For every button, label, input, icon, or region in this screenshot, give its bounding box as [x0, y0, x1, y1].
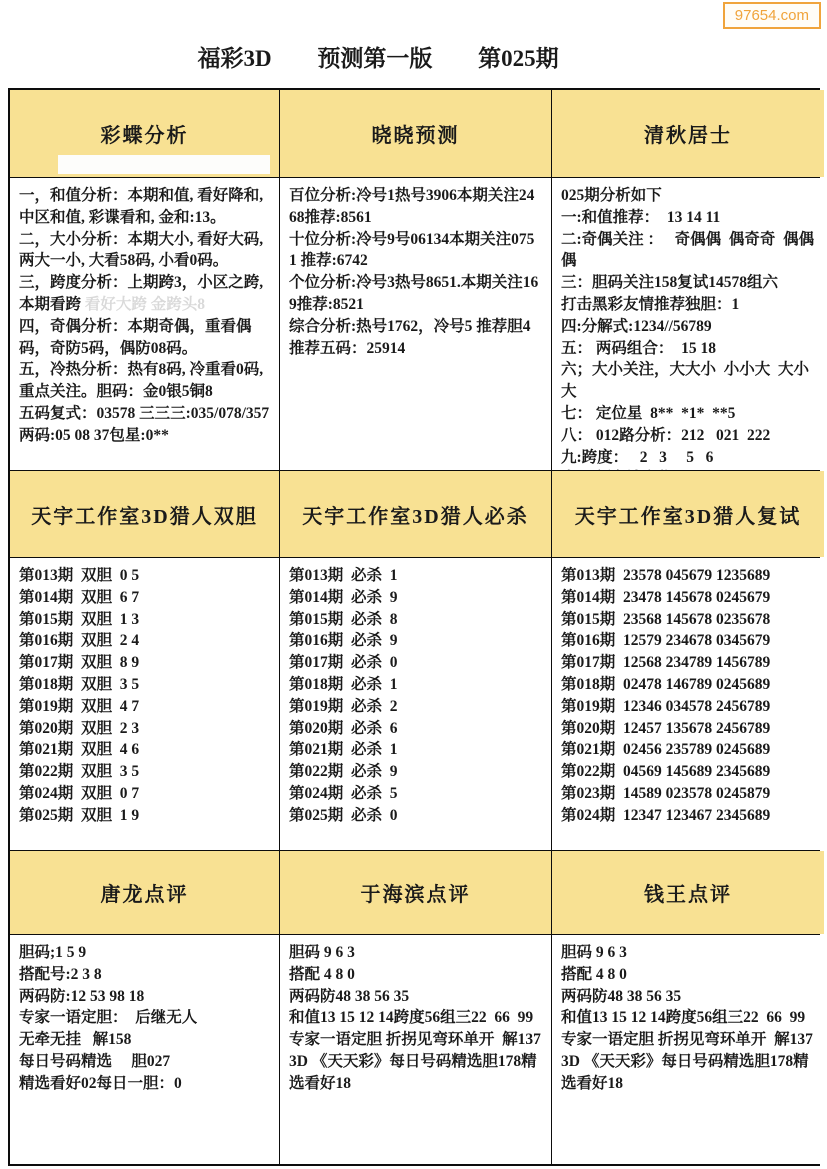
panel-header-tianyu-double-dan: 天宇工作室3D猎人双胆 [10, 471, 279, 557]
content-line: 和值13 15 12 14跨度56组三22 66 99 [289, 1007, 542, 1029]
history-row: 第019期 双胆 4 7 [19, 696, 270, 718]
content-line: 五码复式：03578 三三三:035/078/357 两码:05 08 37包星… [19, 403, 270, 447]
history-row: 第021期 双胆 4 6 [19, 739, 270, 761]
history-row: 第023期 14589 023578 0245879 [561, 783, 815, 805]
panel-header-tianyu-bisha: 天宇工作室3D猎人必杀 [280, 471, 551, 557]
history-row: 第015期 23568 145678 0235678 [561, 609, 815, 631]
panel-content-tanglong-review: 胆码;1 5 9搭配号:2 3 8两码防:12 53 98 18专家一语定胆： … [10, 935, 279, 1164]
panel-header-label: 清秋居士 [644, 119, 732, 148]
content-line: 推荐五码：25914 [289, 338, 542, 360]
content-line-faded: 看好大跨 金跨头8 [85, 296, 205, 313]
prediction-table: 彩蝶分析 晓晓预测 清秋居士 一，和值分析：本期和值, 看好降和, 中区和值, … [8, 88, 820, 1166]
content-line: 胆码 9 6 3 [289, 942, 542, 964]
history-row: 第022期 04569 145689 2345689 [561, 761, 815, 783]
content-line: 二，大小分析：本期大小, 看好大码, 两大一小, 大看58码, 小看0码。 [19, 229, 270, 273]
content-line: 胆码 9 6 3 [561, 942, 815, 964]
history-row: 第019期 12346 034578 2456789 [561, 696, 815, 718]
content-line: 搭配 4 8 0 [561, 964, 815, 986]
history-row: 第025期 双胆 1 9 [19, 805, 270, 827]
panel-header-label: 天宇工作室3D猎人复试 [575, 500, 801, 529]
content-lines: 025期分析如下一:和值推荐： 13 14 11二:奇偶关注 ： 奇偶偶 偶奇奇… [561, 185, 815, 470]
history-row: 第018期 双胆 3 5 [19, 674, 270, 696]
content-line: 3D 《天天彩》每日号码精选胆178精选看好18 [561, 1051, 815, 1095]
content-line: 四:分解式:1234//56789 [561, 316, 815, 338]
history-row: 第021期 必杀 1 [289, 739, 542, 761]
history-row: 第022期 双胆 3 5 [19, 761, 270, 783]
history-row: 第024期 双胆 0 7 [19, 783, 270, 805]
panel-header-xiaoxiao-forecast: 晓晓预测 [280, 90, 551, 177]
panel-header-label: 唐龙点评 [101, 878, 189, 907]
panel-content-yuhaibin-review: 胆码 9 6 3搭配 4 8 0两码防48 38 56 35和值13 15 12… [280, 935, 551, 1164]
content-line: 八： 012路分析：212 021 222 [561, 425, 815, 447]
history-row: 第018期 02478 146789 0245689 [561, 674, 815, 696]
title-lottery: 福彩3D [197, 46, 271, 71]
panel-header-label: 彩蝶分析 [101, 119, 189, 148]
panel-content-qingqiu-jushi: 025期分析如下一:和值推荐： 13 14 11二:奇偶关注 ： 奇偶偶 偶奇奇… [552, 178, 824, 470]
content-line: 十： 新方法定位： 04578/12357//56789 [561, 468, 815, 470]
page-title: 福彩3D 预测第一版 第025期 [8, 40, 748, 73]
history-row: 第019期 必杀 2 [289, 696, 542, 718]
content-line: 五，冷热分析：热有8码, 冷重看0码, 重点关注。胆码：金0银5铜8 [19, 359, 270, 403]
content-lines: 胆码 9 6 3搭配 4 8 0两码防48 38 56 35和值13 15 12… [561, 942, 815, 1095]
content-line: 综合分析:热号1762，冷号5 推荐胆4 [289, 316, 542, 338]
history-row: 第014期 23478 145678 0245679 [561, 587, 815, 609]
history-row: 第022期 必杀 9 [289, 761, 542, 783]
content-line: 两码防48 38 56 35 [289, 986, 542, 1008]
content-lines: 百位分析:冷号1热号3906本期关注2468推荐:8561十位分析:冷号9号06… [289, 185, 542, 359]
content-line: 十位分析:冷号9号06134本期关注0751 推荐:6742 [289, 229, 542, 273]
panel-header-label: 天宇工作室3D猎人双胆 [31, 500, 257, 529]
content-line: 两码防48 38 56 35 [561, 986, 815, 1008]
title-issue: 第025期 [478, 46, 559, 71]
history-row: 第013期 双胆 0 5 [19, 565, 270, 587]
redaction-bar [58, 155, 270, 174]
history-row: 第020期 12457 135678 2456789 [561, 718, 815, 740]
panel-content-tianyu-double-dan: 第013期 双胆 0 5第014期 双胆 6 7第015期 双胆 1 3第016… [10, 558, 279, 850]
content-line: 三，跨度分析：上期跨3，小区之跨, 本期看跨 看好大跨 金跨头8 [19, 272, 270, 316]
panel-header-label: 钱王点评 [644, 878, 732, 907]
panel-content-caidie-analysis: 一，和值分析：本期和值, 看好降和, 中区和值, 彩谍看和, 金和:13。 二，… [10, 178, 279, 470]
content-line: 和值13 15 12 14跨度56组三22 66 99 [561, 1007, 815, 1029]
content-line: 专家一语定胆 折拐见弯环单开 解137 [289, 1029, 542, 1051]
panel-header-yuhaibin-review: 于海滨点评 [280, 851, 551, 934]
history-row: 第015期 必杀 8 [289, 609, 542, 631]
panel-header-label: 天宇工作室3D猎人必杀 [302, 500, 528, 529]
content-line: 一，和值分析：本期和值, 看好降和, 中区和值, 彩谍看和, 金和:13。 [19, 185, 270, 229]
title-edition: 预测第一版 [317, 46, 432, 71]
content-line: 三：胆码关注158复试14578组六 [561, 272, 815, 294]
history-row: 第014期 必杀 9 [289, 587, 542, 609]
content-line: 个位分析:冷号3热号8651.本期关注169推荐:8521 [289, 272, 542, 316]
history-row: 第016期 双胆 2 4 [19, 630, 270, 652]
history-row: 第013期 必杀 1 [289, 565, 542, 587]
history-row: 第013期 23578 045679 1235689 [561, 565, 815, 587]
panel-content-xiaoxiao-forecast: 百位分析:冷号1热号3906本期关注2468推荐:8561十位分析:冷号9号06… [280, 178, 551, 470]
history-row: 第016期 12579 234678 0345679 [561, 630, 815, 652]
history-row: 第017期 双胆 8 9 [19, 652, 270, 674]
site-watermark: 97654.com [723, 2, 821, 29]
history-row: 第020期 双胆 2 3 [19, 718, 270, 740]
content-line: 一:和值推荐： 13 14 11 [561, 207, 815, 229]
panel-header-tianyu-fushi: 天宇工作室3D猎人复试 [552, 471, 824, 557]
content-line: 二:奇偶关注 ： 奇偶偶 偶奇奇 偶偶偶 [561, 229, 815, 273]
content-lines: 胆码;1 5 9搭配号:2 3 8两码防:12 53 98 18专家一语定胆： … [19, 942, 270, 1095]
history-row: 第016期 必杀 9 [289, 630, 542, 652]
history-row: 第015期 双胆 1 3 [19, 609, 270, 631]
content-lines: 第013期 双胆 0 5第014期 双胆 6 7第015期 双胆 1 3第016… [19, 565, 270, 827]
history-row: 第024期 必杀 5 [289, 783, 542, 805]
content-line: 无牵无挂 解158 [19, 1029, 270, 1051]
content-line: 专家一语定胆： 后继无人 [19, 1007, 270, 1029]
content-line: 百位分析:冷号1热号3906本期关注2468推荐:8561 [289, 185, 542, 229]
content-lines: 第013期 23578 045679 1235689第014期 23478 14… [561, 565, 815, 827]
content-line: 六；大小关注，大大小 小小大 大小大 [561, 359, 815, 403]
content-line: 五： 两码组合： 15 18 [561, 338, 815, 360]
content-line: 七： 定位星 8** *1* **5 [561, 403, 815, 425]
panel-content-qianwang-review: 胆码 9 6 3搭配 4 8 0两码防48 38 56 35和值13 15 12… [552, 935, 824, 1164]
history-row: 第025期 必杀 0 [289, 805, 542, 827]
history-row: 第020期 必杀 6 [289, 718, 542, 740]
content-lines: 胆码 9 6 3搭配 4 8 0两码防48 38 56 35和值13 15 12… [289, 942, 542, 1095]
content-line: 3D 《天天彩》每日号码精选胆178精选看好18 [289, 1051, 542, 1095]
content-line: 胆码;1 5 9 [19, 942, 270, 964]
panel-header-caidie-analysis: 彩蝶分析 [10, 90, 279, 177]
content-line: 打击黑彩友情推荐独胆：1 [561, 294, 815, 316]
content-line: 025期分析如下 [561, 185, 815, 207]
content-lines: 第013期 必杀 1第014期 必杀 9第015期 必杀 8第016期 必杀 9… [289, 565, 542, 827]
panel-header-label: 晓晓预测 [372, 119, 460, 148]
panel-header-qingqiu-jushi: 清秋居士 [552, 90, 824, 177]
panel-header-tanglong-review: 唐龙点评 [10, 851, 279, 934]
content-line: 四，奇偶分析：本期奇偶，重看偶码，奇防5码，偶防08码。 [19, 316, 270, 360]
history-row: 第021期 02456 235789 0245689 [561, 739, 815, 761]
content-line: 每日号码精选 胆027 [19, 1051, 270, 1073]
panel-content-tianyu-bisha: 第013期 必杀 1第014期 必杀 9第015期 必杀 8第016期 必杀 9… [280, 558, 551, 850]
content-line: 两码防:12 53 98 18 [19, 986, 270, 1008]
history-row: 第014期 双胆 6 7 [19, 587, 270, 609]
history-row: 第024期 12347 123467 2345689 [561, 805, 815, 827]
panel-header-label: 于海滨点评 [361, 878, 471, 907]
content-line: 精选看好02每日一胆：0 [19, 1073, 270, 1095]
content-line: 专家一语定胆 折拐见弯环单开 解137 [561, 1029, 815, 1051]
history-row: 第017期 12568 234789 1456789 [561, 652, 815, 674]
panel-header-qianwang-review: 钱王点评 [552, 851, 824, 934]
history-row: 第018期 必杀 1 [289, 674, 542, 696]
history-row: 第017期 必杀 0 [289, 652, 542, 674]
content-line: 搭配号:2 3 8 [19, 964, 270, 986]
content-line: 搭配 4 8 0 [289, 964, 542, 986]
panel-content-tianyu-fushi: 第013期 23578 045679 1235689第014期 23478 14… [552, 558, 824, 850]
content-line: 九:跨度： 2 3 5 6 [561, 447, 815, 469]
